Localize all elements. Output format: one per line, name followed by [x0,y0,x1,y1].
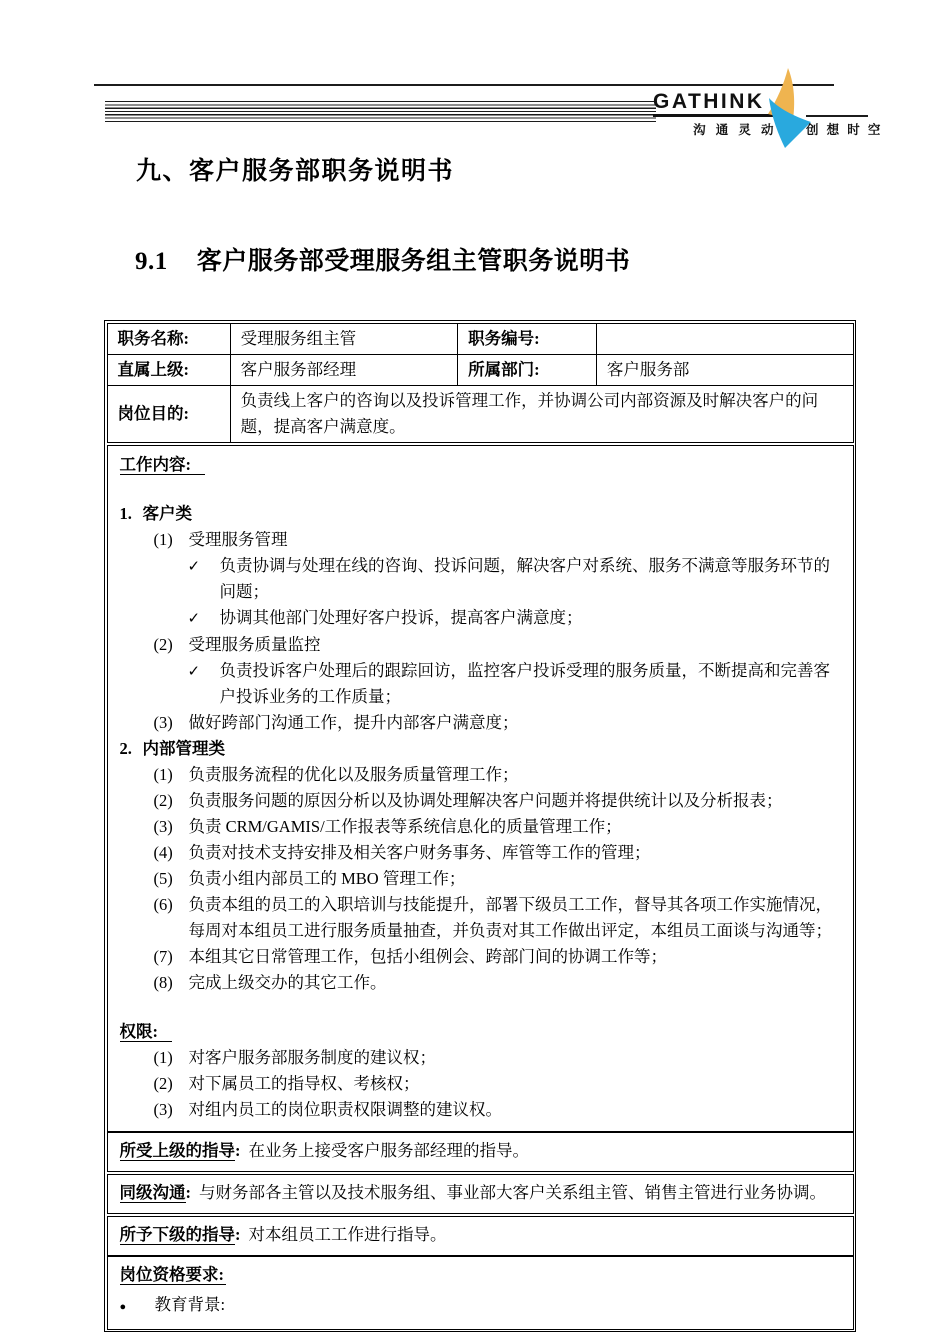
qualification-bullet-text: 教育背景: [155,1292,226,1318]
logo-tagline-right: 创 想 时 空 [806,120,872,138]
content-line-text: 做好跨部门沟通工作，提升内部客户满意度； [189,710,845,736]
section-number: 9.1 [135,248,168,275]
content-line-marker: (3) [154,710,189,736]
guidance-colon: : [235,1141,241,1160]
content-line: (1)负责服务流程的优化以及服务质量管理工作； [108,762,845,788]
content-line: ✓负责投诉客户处理后的跟踪回访，监控客户投诉受理的服务质量，不断提高和完善客户投… [108,658,845,710]
content-line: (5)负责小组内部员工的 MBO 管理工作； [108,866,845,892]
content-line-text: 对组内员工的岗位职责权限调整的建议权。 [189,1097,845,1123]
check-icon: ✓ [188,554,220,580]
content-line: (1)受理服务管理 [108,527,845,553]
content-line-text: 负责小组内部员工的 MBO 管理工作； [189,866,845,892]
header-right-rule [806,115,868,117]
document-page: GATHINK 沟 通 灵 动 创 想 时 空 九、客户服务部职务说明书 9.1… [0,0,950,1344]
info-label-cell: 职务编号: [458,323,597,354]
content-line: (3)负责 CRM/GAMIS/工作报表等系统信息化的质量管理工作； [108,814,845,840]
content-line-marker: (7) [154,944,189,970]
info-value-cell: 客户服务部经理 [230,354,458,385]
content-line: ✓协调其他部门处理好客户投诉，提高客户满意度； [108,605,845,632]
content-line: (4)负责对技术支持安排及相关客户财务事务、库管等工作的管理； [108,840,845,866]
job-info-table: 职务名称:受理服务组主管职务编号:直属上级:客户服务部经理所属部门:客户服务部岗… [107,323,854,443]
content-line: 1.客户类 [108,501,845,527]
content-line-marker: (4) [154,840,189,866]
content-line: (1)对客户服务部服务制度的建议权； [108,1045,845,1071]
qualification-bullets: ●教育背景: [120,1292,841,1320]
content-line-marker: 1. [120,501,143,527]
guidance-text: 与财务部各主管以及技术服务组、事业部大客户关系组主管、销售主管进行业务协调。 [199,1183,826,1202]
guidance-text: 在业务上接受客户服务部经理的指导。 [249,1141,530,1160]
guidance-row: 同级沟通:与财务部各主管以及技术服务组、事业部大客户关系组主管、销售主管进行业务… [107,1174,854,1214]
content-line: (2)负责服务问题的原因分析以及协调处理解决客户问题并将提供统计以及分析报表； [108,788,845,814]
content-line-text: 负责 CRM/GAMIS/工作报表等系统信息化的质量管理工作； [189,814,845,840]
info-table-row: 岗位目的:负责线上客户的咨询以及投诉管理工作，并协调公司内部资源及时解决客户的问… [107,385,853,442]
content-line-text: 协调其他部门处理好客户投诉，提高客户满意度； [220,605,845,631]
info-label-cell: 职务名称: [107,323,230,354]
content-line-text: 内部管理类 [143,736,845,762]
section-title: 9.1客户服务部受理服务组主管职务说明书 [135,241,630,277]
content-line-text: 对下属员工的指导权、考核权； [189,1071,845,1097]
content-line: (8)完成上级交办的其它工作。 [108,970,845,996]
info-label-cell: 岗位目的: [107,385,230,442]
qualification-bullet: ●教育背景: [120,1292,841,1320]
info-value-cell [596,323,853,354]
work-content-section: 工作内容:1.客户类(1)受理服务管理✓负责协调与处理在线的咨询、投诉问题，解决… [107,445,854,1132]
content-heading: 权限: [108,1019,845,1045]
guidance-colon: : [235,1225,241,1244]
job-info-section: 职务名称:受理服务组主管职务编号:直属上级:客户服务部经理所属部门:客户服务部岗… [107,323,854,443]
content-line-text: 对客户服务部服务制度的建议权； [189,1045,845,1071]
guidance-sections: 所受上级的指导:在业务上接受客户服务部经理的指导。同级沟通:与财务部各主管以及技… [107,1132,854,1256]
section-title-text: 客户服务部受理服务组主管职务说明书 [197,248,631,275]
info-label-cell: 直属上级: [107,354,230,385]
content-line-marker: (2) [154,1071,189,1097]
job-description-table: 职务名称:受理服务组主管职务编号:直属上级:客户服务部经理所属部门:客户服务部岗… [104,320,856,1332]
work-content-lines: 工作内容:1.客户类(1)受理服务管理✓负责协调与处理在线的咨询、投诉问题，解决… [108,452,845,1123]
content-line-text: 本组其它日常管理工作，包括小组例会、跨部门间的协调工作等； [189,944,845,970]
content-line: (3)对组内员工的岗位职责权限调整的建议权。 [108,1097,845,1123]
content-line-text: 负责本组的员工的入职培训与技能提升，部署下级员工工作，督导其各项工作实施情况，每… [189,892,845,944]
content-line: ✓负责协调与处理在线的咨询、投诉问题，解决客户对系统、服务不满意等服务环节的问题… [108,553,845,605]
content-heading-text: 权限: [120,1022,173,1042]
content-line-text: 受理服务管理 [189,527,845,553]
qualifications-section: 岗位资格要求: ●教育背景: [107,1256,854,1330]
content-line: (2)对下属员工的指导权、考核权； [108,1071,845,1097]
content-line-marker: (8) [154,970,189,996]
content-line-text: 负责对技术支持安排及相关客户财务事务、库管等工作的管理； [189,840,845,866]
content-line-text: 负责服务流程的优化以及服务质量管理工作； [189,762,845,788]
logo-underline-bar [653,114,777,117]
content-line-text: 客户类 [143,501,845,527]
chapter-title: 九、客户服务部职务说明书 [136,151,454,187]
info-table-body: 职务名称:受理服务组主管职务编号:直属上级:客户服务部经理所属部门:客户服务部岗… [107,323,853,442]
content-line-marker: (2) [154,632,189,658]
content-line: (3)做好跨部门沟通工作，提升内部客户满意度； [108,710,845,736]
guidance-label: 所予下级的指导 [120,1225,236,1245]
content-blank-line [108,478,845,501]
content-line-marker: (5) [154,866,189,892]
content-line-marker: (3) [154,814,189,840]
content-line-text: 负责协调与处理在线的咨询、投诉问题，解决客户对系统、服务不满意等服务环节的问题； [220,553,845,605]
guidance-colon: : [186,1183,192,1202]
content-line-text: 受理服务质量监控 [189,632,845,658]
content-line-marker: (1) [154,527,189,553]
check-icon: ✓ [188,606,220,632]
content-heading-text: 工作内容: [120,455,206,475]
content-line-marker: (2) [154,788,189,814]
content-line-marker: (6) [154,892,189,918]
info-table-row: 直属上级:客户服务部经理所属部门:客户服务部 [107,354,853,385]
content-line: (6)负责本组的员工的入职培训与技能提升，部署下级员工工作，督导其各项工作实施情… [108,892,845,944]
bullet-icon: ● [120,1294,155,1320]
info-value-cell: 客户服务部 [596,354,853,385]
qualifications-label-line: 岗位资格要求: [120,1262,841,1288]
info-label-cell: 所属部门: [458,354,597,385]
content-line-text: 完成上级交办的其它工作。 [189,970,845,996]
guidance-label: 同级沟通 [120,1183,186,1203]
content-line-marker: 2. [120,736,143,762]
info-value-cell: 受理服务组主管 [230,323,458,354]
content-line: 2.内部管理类 [108,736,845,762]
content-heading: 工作内容: [108,452,845,478]
header-rule-line [94,84,834,86]
content-line: (7)本组其它日常管理工作，包括小组例会、跨部门间的协调工作等； [108,944,845,970]
header-stripe-lines [105,101,656,124]
content-line-text: 负责服务问题的原因分析以及协调处理解决客户问题并将提供统计以及分析报表； [189,788,845,814]
content-line-marker: (3) [154,1097,189,1123]
qualifications-label: 岗位资格要求: [120,1265,227,1285]
gathink-logo-text: GATHINK [653,90,765,114]
guidance-row: 所予下级的指导:对本组员工工作进行指导。 [107,1216,854,1256]
info-table-row: 职务名称:受理服务组主管职务编号: [107,323,853,354]
guidance-label: 所受上级的指导 [120,1141,236,1161]
logo-tagline-left: 沟 通 灵 动 [653,120,777,138]
content-line-marker: (1) [154,1045,189,1071]
guidance-row: 所受上级的指导:在业务上接受客户服务部经理的指导。 [107,1132,854,1172]
content-line: (2)受理服务质量监控 [108,632,845,658]
content-line-text: 负责投诉客户处理后的跟踪回访，监控客户投诉受理的服务质量，不断提高和完善客户投诉… [220,658,845,710]
info-value-cell: 负责线上客户的咨询以及投诉管理工作，并协调公司内部资源及时解决客户的问题，提高客… [230,385,853,442]
content-blank-line [108,996,845,1019]
guidance-text: 对本组员工工作进行指导。 [249,1225,447,1244]
check-icon: ✓ [188,659,220,685]
content-line-marker: (1) [154,762,189,788]
